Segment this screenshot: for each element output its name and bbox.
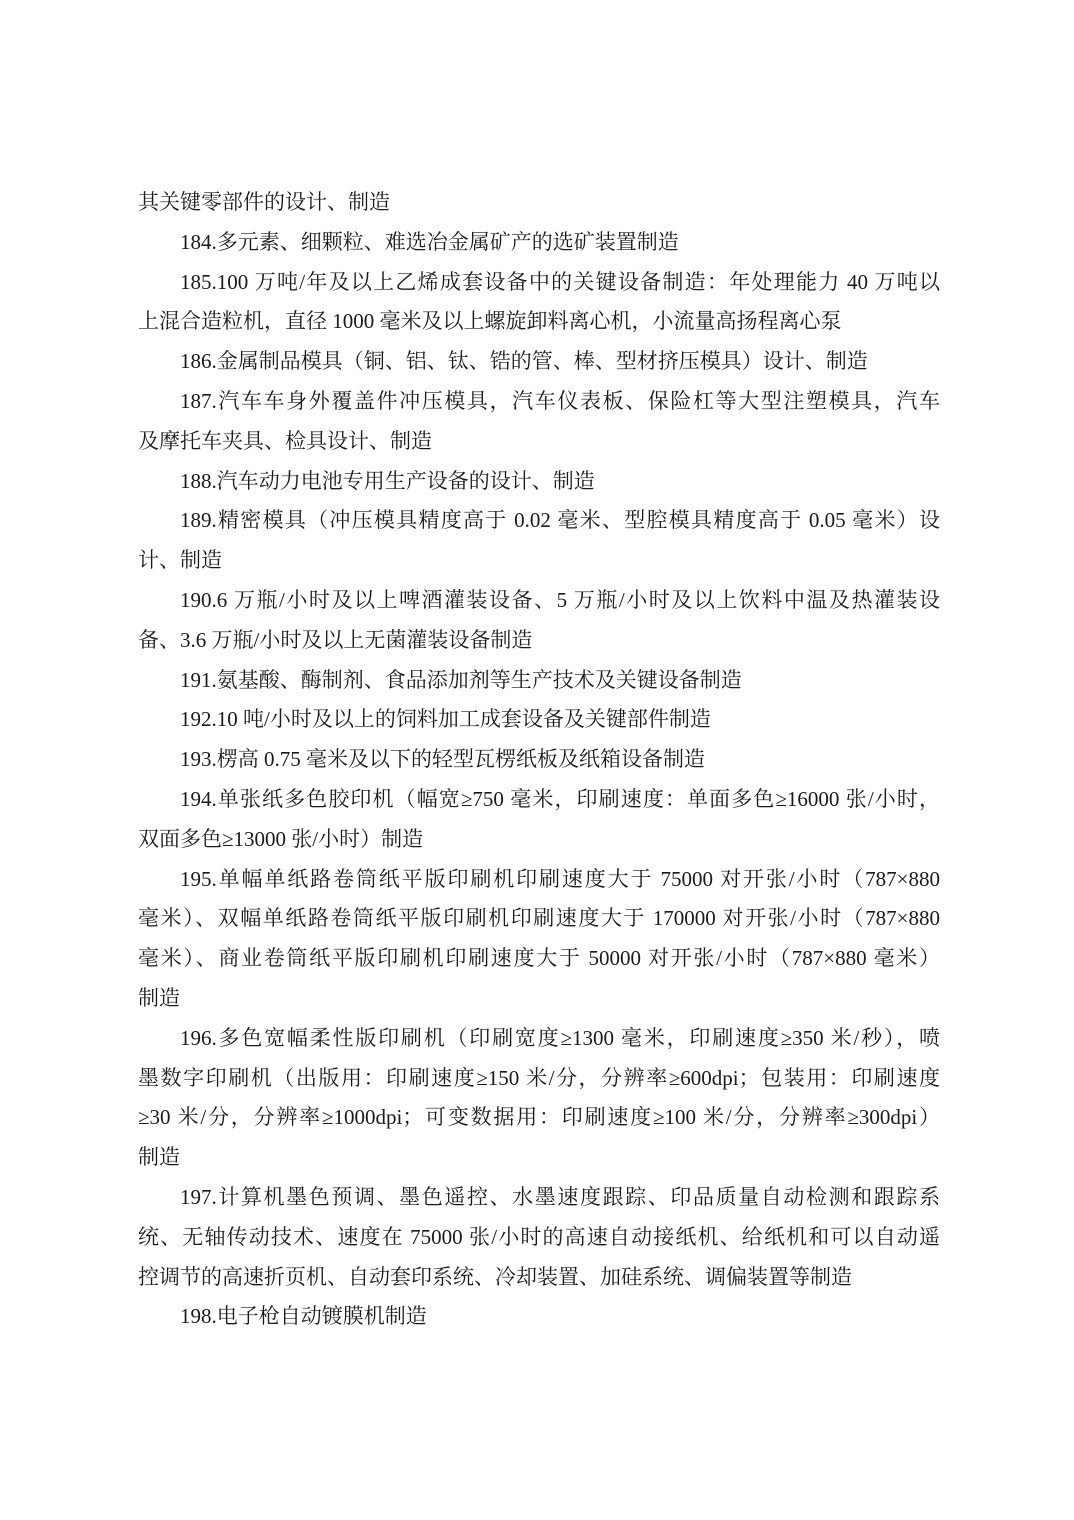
text-line: 184.多元素、细颗粒、难选冶金属矿产的选矿装置制造 xyxy=(138,223,940,263)
text-line: 192.10 吨/小时及以上的饲料加工成套设备及关键部件制造 xyxy=(138,700,940,740)
text-line: 190.6 万瓶/小时及以上啤酒灌装设备、5 万瓶/小时及以上饮料中温及热灌装设 xyxy=(138,581,940,621)
text-line: ≥30 米/分，分辨率≥1000dpi；可变数据用：印刷速度≥100 米/分，分… xyxy=(138,1098,940,1138)
text-line: 上混合造粒机，直径 1000 毫米及以上螺旋卸料离心机，小流量高扬程离心泵 xyxy=(138,302,940,342)
text-line: 185.100 万吨/年及以上乙烯成套设备中的关键设备制造：年处理能力 40 万… xyxy=(138,263,940,303)
text-line: 计、制造 xyxy=(138,541,940,581)
text-line: 189.精密模具（冲压模具精度高于 0.02 毫米、型腔模具精度高于 0.05 … xyxy=(138,501,940,541)
text-line: 制造 xyxy=(138,979,940,1019)
text-line: 墨数字印刷机（出版用：印刷速度≥150 米/分，分辨率≥600dpi；包装用：印… xyxy=(138,1059,940,1099)
document-page: 其关键零部件的设计、制造 184.多元素、细颗粒、难选冶金属矿产的选矿装置制造 … xyxy=(0,0,1074,1520)
text-line: 其关键零部件的设计、制造 xyxy=(138,183,940,223)
text-line: 195.单幅单纸路卷筒纸平版印刷机印刷速度大于 75000 对开张/小时（787… xyxy=(138,860,940,900)
text-line: 双面多色≥13000 张/小时）制造 xyxy=(138,820,940,860)
text-block: 其关键零部件的设计、制造 184.多元素、细颗粒、难选冶金属矿产的选矿装置制造 … xyxy=(138,183,940,1337)
text-line: 备、3.6 万瓶/小时及以上无菌灌装设备制造 xyxy=(138,621,940,661)
text-line: 193.楞高 0.75 毫米及以下的轻型瓦楞纸板及纸箱设备制造 xyxy=(138,740,940,780)
text-line: 186.金属制品模具（铜、铝、钛、锆的管、棒、型材挤压模具）设计、制造 xyxy=(138,342,940,382)
text-line: 196.多色宽幅柔性版印刷机（印刷宽度≥1300 毫米，印刷速度≥350 米/秒… xyxy=(138,1019,940,1059)
text-line: 及摩托车夹具、检具设计、制造 xyxy=(138,422,940,462)
text-line: 197.计算机墨色预调、墨色遥控、水墨速度跟踪、印品质量自动检测和跟踪系 xyxy=(138,1178,940,1218)
text-line: 控调节的高速折页机、自动套印系统、冷却装置、加硅系统、调偏装置等制造 xyxy=(138,1258,940,1298)
text-line: 187.汽车车身外覆盖件冲压模具，汽车仪表板、保险杠等大型注塑模具，汽车 xyxy=(138,382,940,422)
text-line: 198.电子枪自动镀膜机制造 xyxy=(138,1297,940,1337)
text-line: 制造 xyxy=(138,1138,940,1178)
text-line: 毫米）、双幅单纸路卷筒纸平版印刷机印刷速度大于 170000 对开张/小时（78… xyxy=(138,899,940,939)
text-line: 188.汽车动力电池专用生产设备的设计、制造 xyxy=(138,462,940,502)
text-line: 统、无轴传动技术、速度在 75000 张/小时的高速自动接纸机、给纸机和可以自动… xyxy=(138,1218,940,1258)
text-line: 191.氨基酸、酶制剂、食品添加剂等生产技术及关键设备制造 xyxy=(138,661,940,701)
text-line: 毫米）、商业卷筒纸平版印刷机印刷速度大于 50000 对开张/小时（787×88… xyxy=(138,939,940,979)
text-line: 194.单张纸多色胶印机（幅宽≥750 毫米，印刷速度：单面多色≥16000 张… xyxy=(138,780,940,820)
